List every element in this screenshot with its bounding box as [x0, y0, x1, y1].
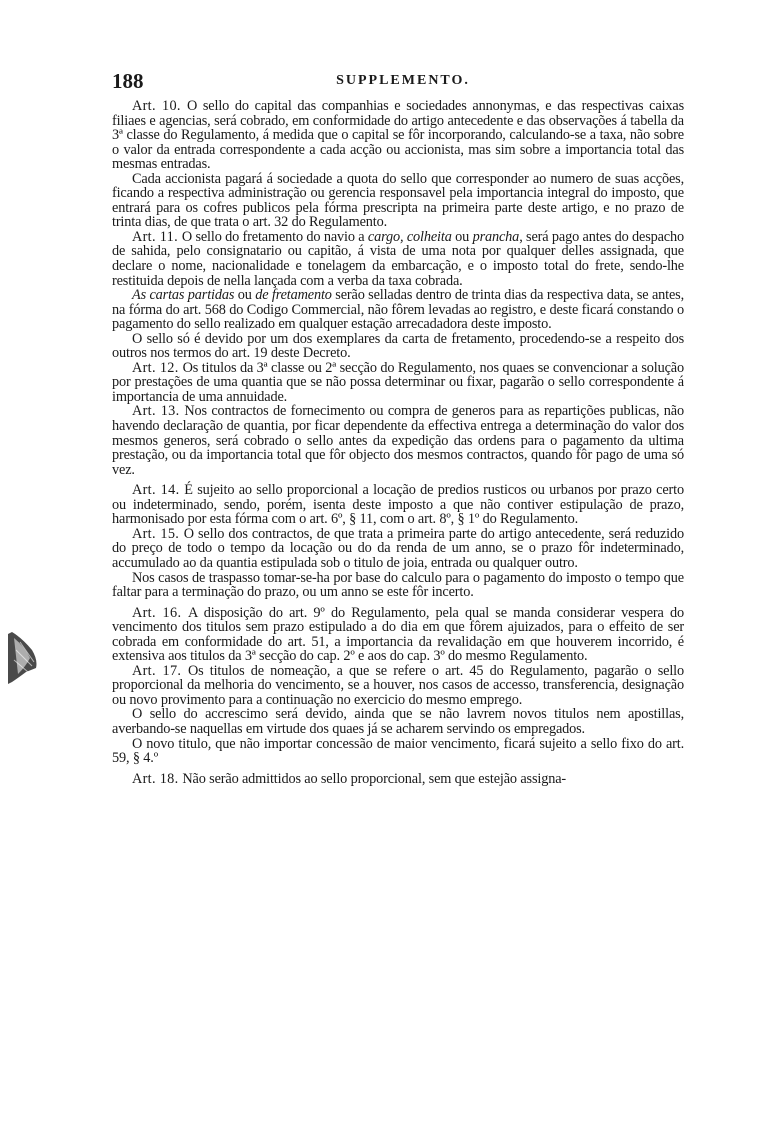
paragraph-text: Não serão admittidos ao sello proporcion…	[182, 771, 566, 787]
document-body: Art. 10. O sello do capital das companhi…	[112, 99, 684, 786]
paragraph-art18: Art. 18. Não serão admittidos ao sello p…	[112, 772, 684, 787]
binding-shadow-mark-icon	[6, 632, 40, 684]
paragraph-art17-p3: O novo titulo, que não importar concessã…	[112, 737, 684, 766]
paragraph-text: O novo titulo, que não importar concessã…	[112, 736, 684, 767]
paragraph-art11-p3: O sello só é devido por um dos exemplare…	[112, 332, 684, 361]
paragraph-text: Nos casos de traspasso tomar-se-ha por b…	[112, 570, 684, 601]
paragraph-art13: Art. 13. Nos contractos de fornecimento …	[112, 404, 684, 477]
paragraph-art15-p2: Nos casos de traspasso tomar-se-ha por b…	[112, 571, 684, 600]
paragraph-art14: Art. 14. É sujeito ao sello proporcional…	[112, 483, 684, 527]
paragraph-text: O sello do accrescimo será devido, ainda…	[112, 706, 684, 737]
page-header: 188 SUPPLEMENTO.	[112, 70, 684, 92]
paragraph-art16: Art. 16. A disposição do art. 9º do Regu…	[112, 606, 684, 664]
paragraph-art10-p2: Cada accionista pagará á sociedade a quo…	[112, 172, 684, 230]
running-title: SUPPLEMENTO.	[112, 72, 684, 90]
paragraph-text: Os titulos da 3ª classe ou 2ª secção do …	[112, 360, 684, 405]
paragraph-art11-p2: As cartas partidas ou de fretamento serã…	[112, 288, 684, 332]
paragraph-art11-p1: Art. 11. O sello do fretamento do navio …	[112, 230, 684, 288]
paragraph-art17-p1: Art. 17. Os titulos de nomeação, a que s…	[112, 664, 684, 708]
paragraph-text: A disposição do art. 9º do Regulamento, …	[112, 605, 684, 665]
paragraph-text: Os titulos de nomeação, a que se refere …	[112, 663, 684, 708]
paragraph-text: Cada accionista pagará á sociedade a quo…	[112, 171, 684, 231]
paragraph-art15-p1: Art. 15. O sello dos contractos, de que …	[112, 527, 684, 571]
paragraph-text: O sello do capital das companhias e soci…	[112, 98, 684, 172]
paragraph-text: O sello só é devido por um dos exemplare…	[112, 331, 684, 362]
article-label: Art. 18.	[132, 771, 182, 787]
paragraph-art10-p1: Art. 10. O sello do capital das companhi…	[112, 99, 684, 172]
document-page: 188 SUPPLEMENTO. Art. 10. O sello do cap…	[0, 0, 757, 1143]
paragraph-text: O sello dos contractos, de que trata a p…	[112, 526, 684, 571]
paragraph-art12: Art. 12. Os titulos da 3ª classe ou 2ª s…	[112, 361, 684, 405]
paragraph-art17-p2: O sello do accrescimo será devido, ainda…	[112, 707, 684, 736]
paragraph-text: É sujeito ao sello proporcional a locaçã…	[112, 482, 684, 527]
paragraph-text: Nos contractos de fornecimento ou compra…	[112, 403, 684, 477]
